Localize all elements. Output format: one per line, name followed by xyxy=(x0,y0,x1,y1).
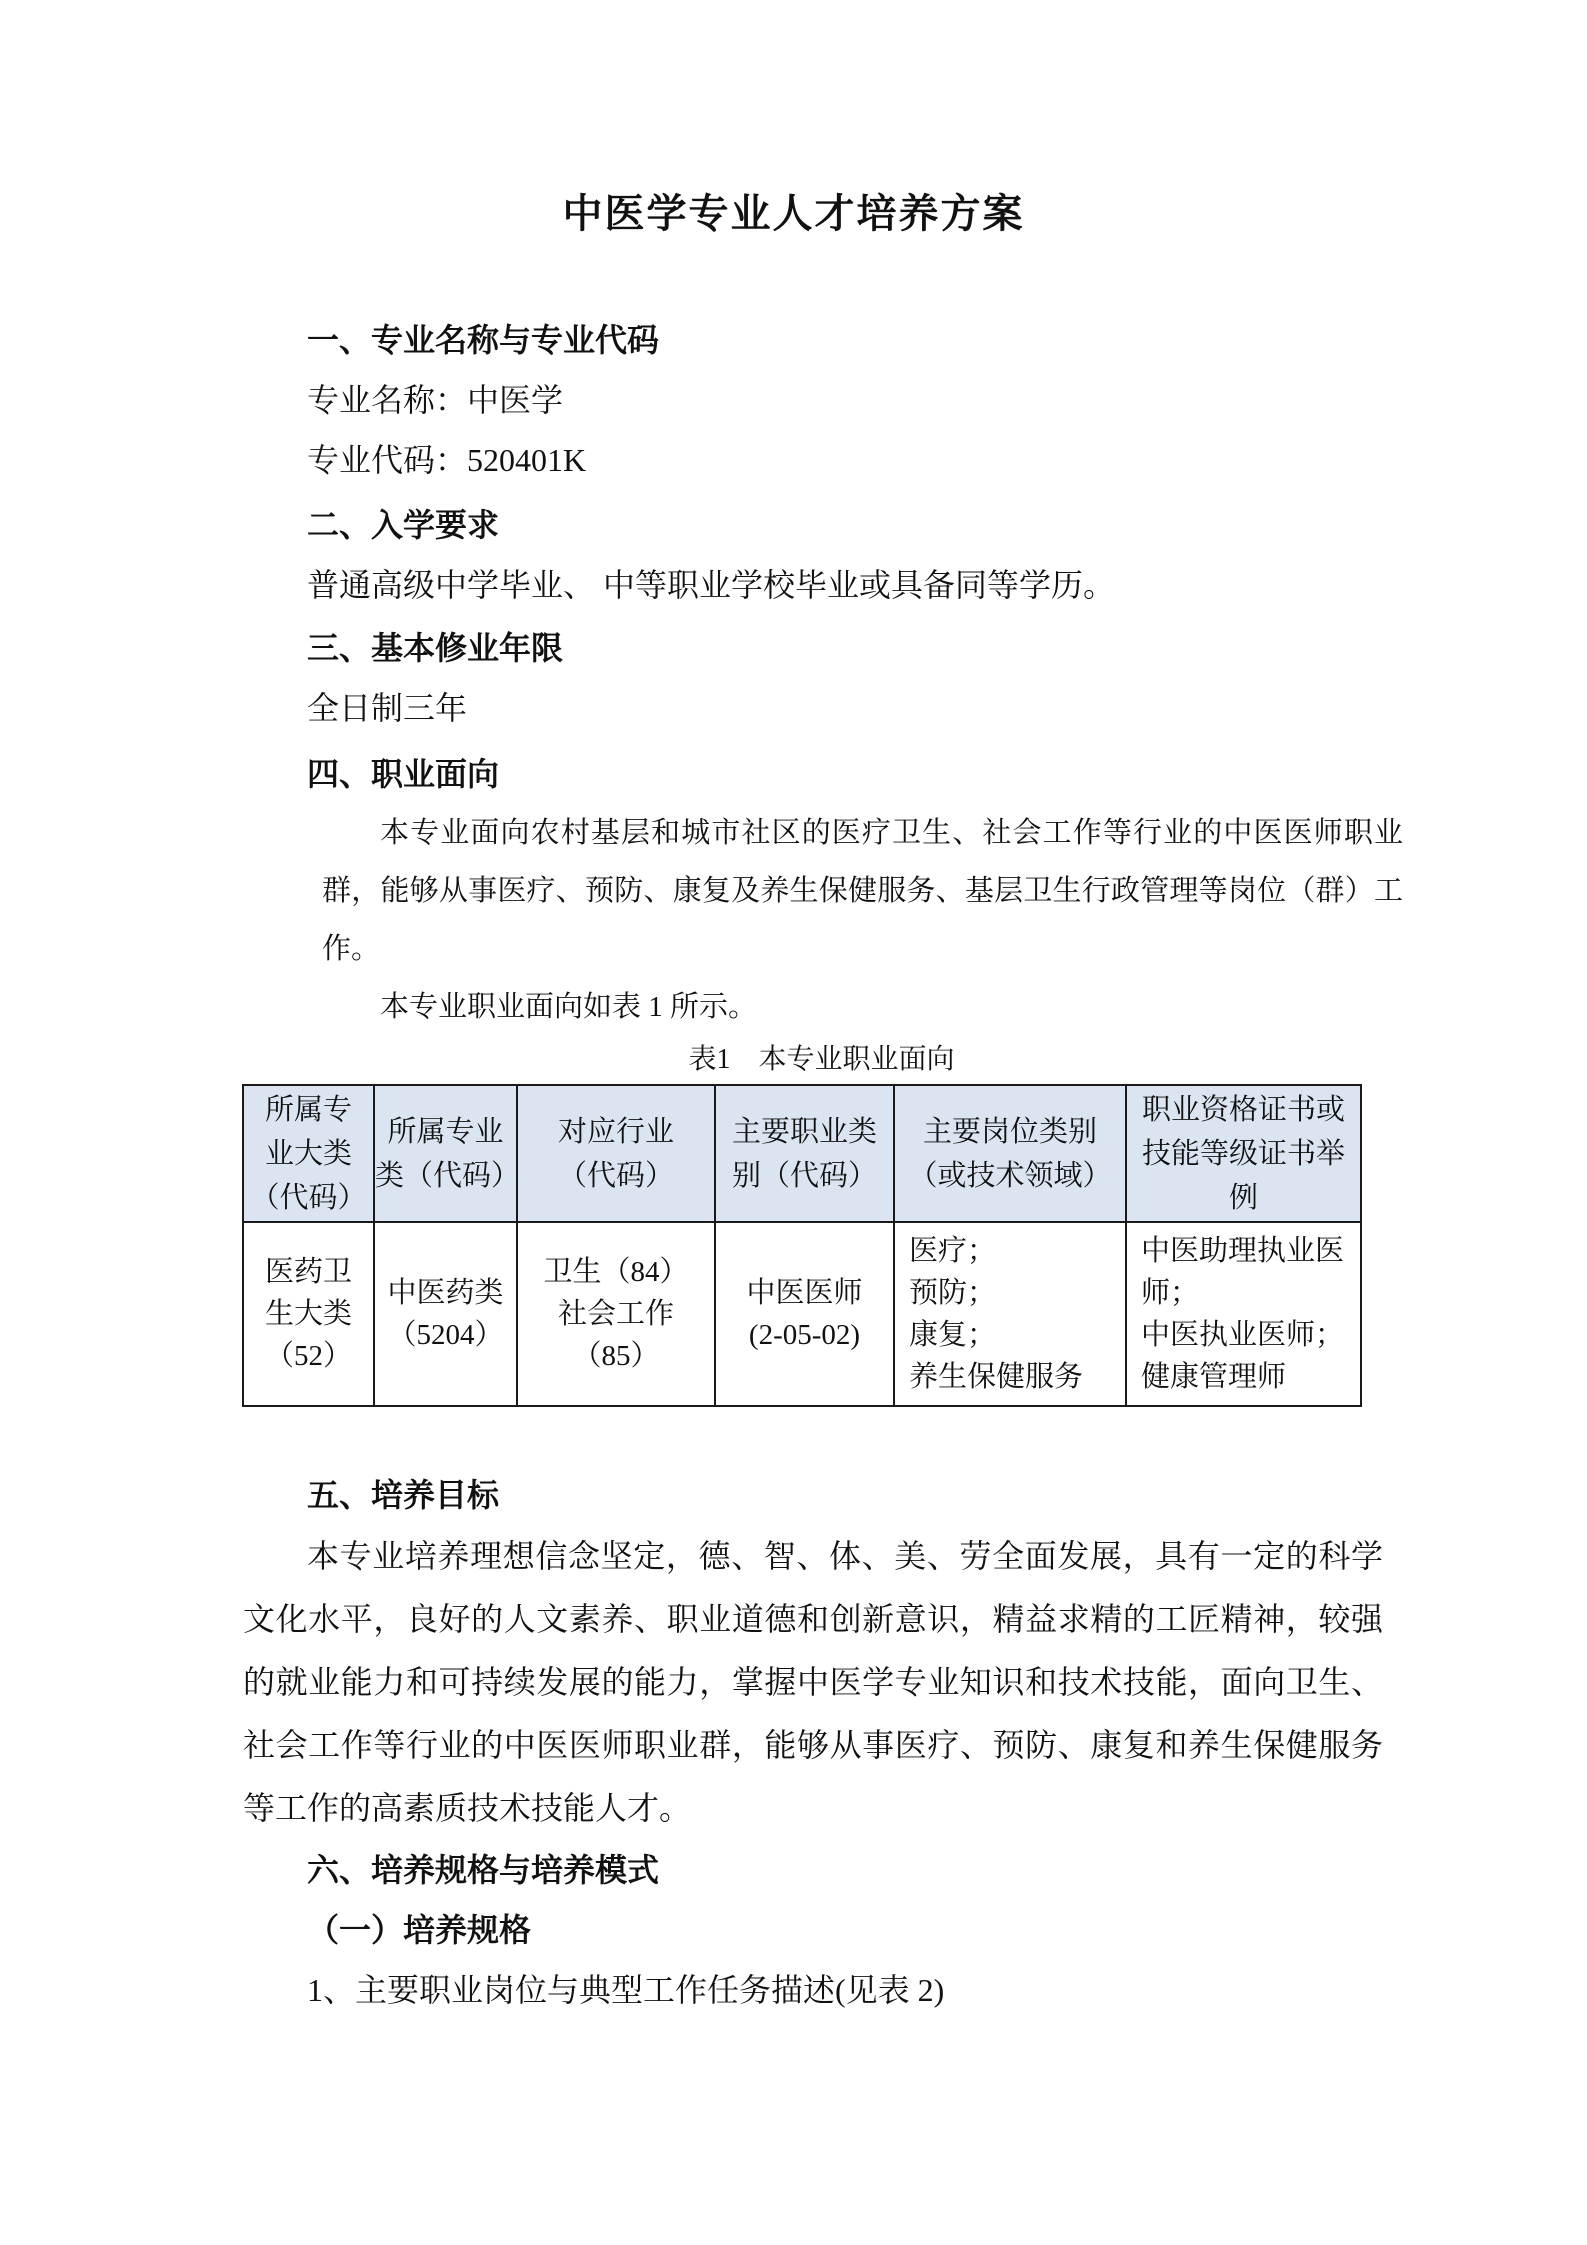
section-2-heading: 二、入学要求 xyxy=(243,495,1400,555)
table-cell-major-category: 医药卫 生大类 （52） xyxy=(243,1222,374,1406)
table-header-cell-industry: 对应行业 （代码） xyxy=(517,1085,715,1222)
table-header-cell-major-class: 所属专业 类（代码） xyxy=(374,1085,517,1222)
document-page: 中医学专业人才培养方案 一、专业名称与专业代码 专业名称：中医学 专业代码：52… xyxy=(0,0,1587,2245)
table-1-career-orientation: 所属专 业大类 （代码） 所属专业 类（代码） 对应行业 （代码） 主要职业类 … xyxy=(242,1084,1362,1407)
major-name-line: 专业名称：中医学 xyxy=(243,370,1400,430)
section-6-item-1: 1、主要职业岗位与典型工作任务描述(见表 2) xyxy=(243,1960,1400,2020)
document-title: 中医学专业人才培养方案 xyxy=(0,186,1587,242)
document-body: 一、专业名称与专业代码 专业名称：中医学 专业代码：520401K 二、入学要求… xyxy=(243,310,1400,2020)
table-header-cell-occupation: 主要职业类 别（代码） xyxy=(715,1085,894,1222)
section-4-paragraph: 本专业面向农村基层和城市社区的医疗卫生、社会工作等行业的中医医师职业群，能够从事… xyxy=(322,804,1403,978)
table-header-row: 所属专 业大类 （代码） 所属专业 类（代码） 对应行业 （代码） 主要职业类 … xyxy=(243,1085,1361,1222)
section-3-heading: 三、基本修业年限 xyxy=(243,618,1400,678)
section-4-table-reference: 本专业职业面向如表 1 所示。 xyxy=(322,978,1400,1036)
section-5-paragraph: 本专业培养理想信念坚定，德、智、体、美、劳全面发展，具有一定的科学文化水平，良好… xyxy=(243,1525,1383,1840)
table-cell-certificates: 中医助理执业医师； 中医执业医师； 健康管理师 xyxy=(1126,1222,1361,1406)
section-6-heading: 六、培养规格与培养模式 xyxy=(243,1840,1400,1900)
table-header-cell-post-type: 主要岗位类别 （或技术领域） xyxy=(894,1085,1126,1222)
section-6-sub-heading: （一）培养规格 xyxy=(243,1900,1400,1960)
table-cell-industry: 卫生（84） 社会工作 （85） xyxy=(517,1222,715,1406)
section-2-body: 普通高级中学毕业、 中等职业学校毕业或具备同等学历。 xyxy=(243,555,1400,615)
section-3-body: 全日制三年 xyxy=(243,678,1400,738)
table-cell-occupation: 中医医师 (2-05-02) xyxy=(715,1222,894,1406)
table-data-row: 医药卫 生大类 （52） 中医药类 （5204） 卫生（84） 社会工作 （85… xyxy=(243,1222,1361,1406)
table-header-cell-major-category: 所属专 业大类 （代码） xyxy=(243,1085,374,1222)
section-4-heading: 四、职业面向 xyxy=(243,744,1400,804)
major-code-line: 专业代码：520401K xyxy=(243,430,1400,490)
table-1-caption: 表1 本专业职业面向 xyxy=(243,1036,1400,1084)
table-cell-major-class: 中医药类 （5204） xyxy=(374,1222,517,1406)
section-1-heading: 一、专业名称与专业代码 xyxy=(243,310,1400,370)
table-cell-post-type: 医疗； 预防； 康复； 养生保健服务 xyxy=(894,1222,1126,1406)
table-header-cell-certificates: 职业资格证书或 技能等级证书举 例 xyxy=(1126,1085,1361,1222)
section-5-heading: 五、培养目标 xyxy=(243,1465,1400,1525)
